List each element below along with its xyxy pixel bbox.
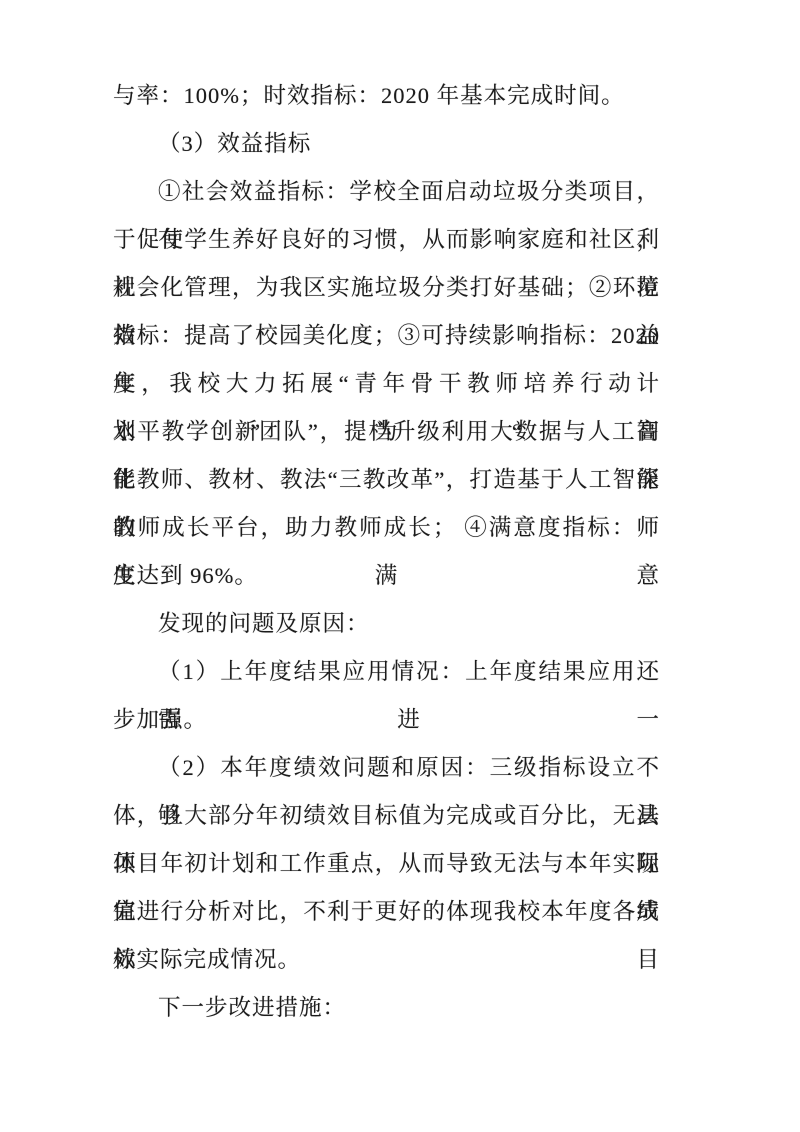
text-line: 教师成长平台，助力教师成长； ④满意度指标：师生满意 bbox=[113, 504, 660, 552]
text-line: 体，且大部分年初绩效目标值为完成或百分比，无法体现 bbox=[113, 792, 660, 840]
text-line: 指标：提高了校园美化度；③可持续影响指标：2020 年 bbox=[113, 312, 660, 360]
text-line: 与率：100%；时效指标：2020 年基本完成时间。 bbox=[113, 72, 660, 120]
text-line: （3）效益指标 bbox=[113, 120, 660, 168]
text-line: ①社会效益指标：学校全面启动垃圾分类项目，有利 bbox=[113, 168, 660, 216]
text-line: 发现的问题及原因： bbox=[113, 600, 660, 648]
document-body: 与率：100%；时效指标：2020 年基本完成时间。（3）效益指标①社会效益指标… bbox=[113, 72, 660, 1032]
text-line: 度，我校大力拓展“青年骨干教师培养行动计划”为“高 bbox=[113, 360, 660, 408]
text-line: （2）本年度绩效问题和原因：三级指标设立不够具 bbox=[113, 744, 660, 792]
document-page: 与率：100%；时效指标：2020 年基本完成时间。（3）效益指标①社会效益指标… bbox=[0, 0, 800, 1132]
text-line: 化教师、教材、教法“三教改革”，打造基于人工智能的 bbox=[113, 456, 660, 504]
text-line: 项目年初计划和工作重点，从而导致无法与本年实际完成 bbox=[113, 840, 660, 888]
text-line: （1）上年度结果应用情况：上年度结果应用还需进一 bbox=[113, 648, 660, 696]
text-line: 值进行分析对比，不利于更好的体现我校本年度各绩效目 bbox=[113, 888, 660, 936]
text-line: 水平教学创新团队”，提档升级利用大数据与人工智能深 bbox=[113, 408, 660, 456]
text-line: 于促使学生养好良好的习惯，从而影响家庭和社区，规范 bbox=[113, 216, 660, 264]
text-line: 社会化管理，为我区实施垃圾分类打好基础；②环境效益 bbox=[113, 264, 660, 312]
text-line: 下一步改进措施： bbox=[113, 984, 660, 1032]
